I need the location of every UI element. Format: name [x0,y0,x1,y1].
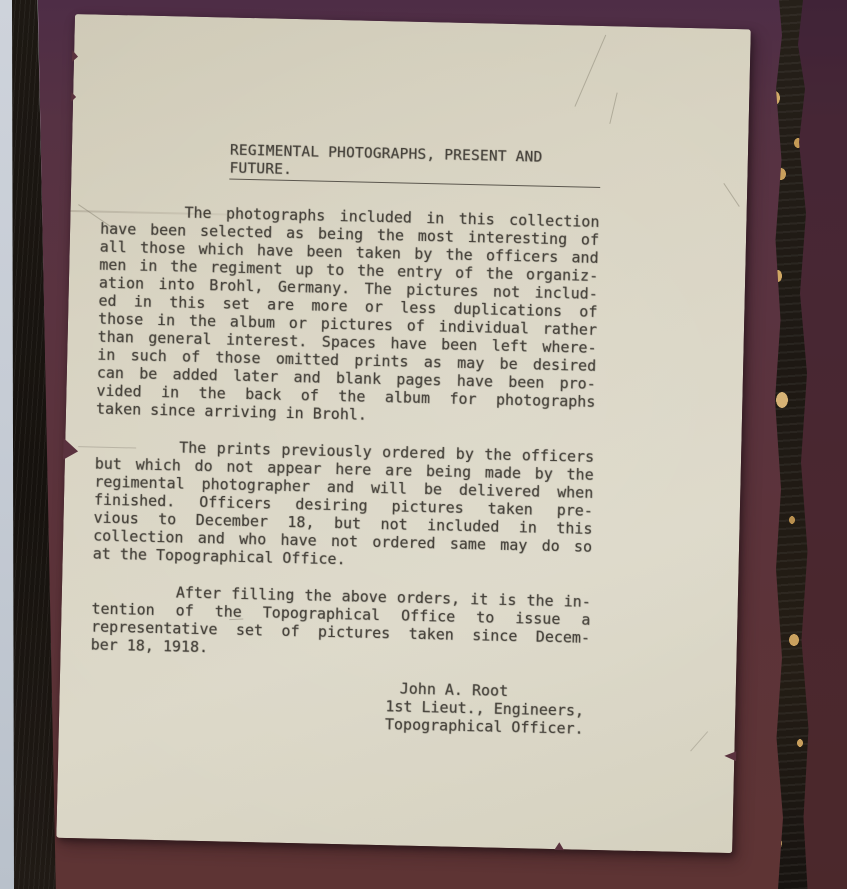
paragraph-2: The prints previously ordered by the off… [93,437,595,574]
paragraph-1: The photographs included in this collect… [96,202,600,429]
signature-title: Topographical Officer. [385,715,588,738]
signature-block: John A. Root 1st Lieut., Engineers, Topo… [385,679,589,738]
document-title: REGIMENTAL PHOTOGRAPHS, PRESENT AND FUTU… [229,142,601,188]
paragraph-3: After filling the above orders, it is th… [90,582,591,665]
paper-tear-notch [724,751,736,761]
album-photo-scene: REGIMENTAL PHOTOGRAPHS, PRESENT AND FUTU… [0,0,847,889]
paper-tear-notch [554,842,564,850]
document-paper: REGIMENTAL PHOTOGRAPHS, PRESENT AND FUTU… [56,14,751,853]
typed-text: REGIMENTAL PHOTOGRAPHS, PRESENT AND FUTU… [59,14,751,741]
